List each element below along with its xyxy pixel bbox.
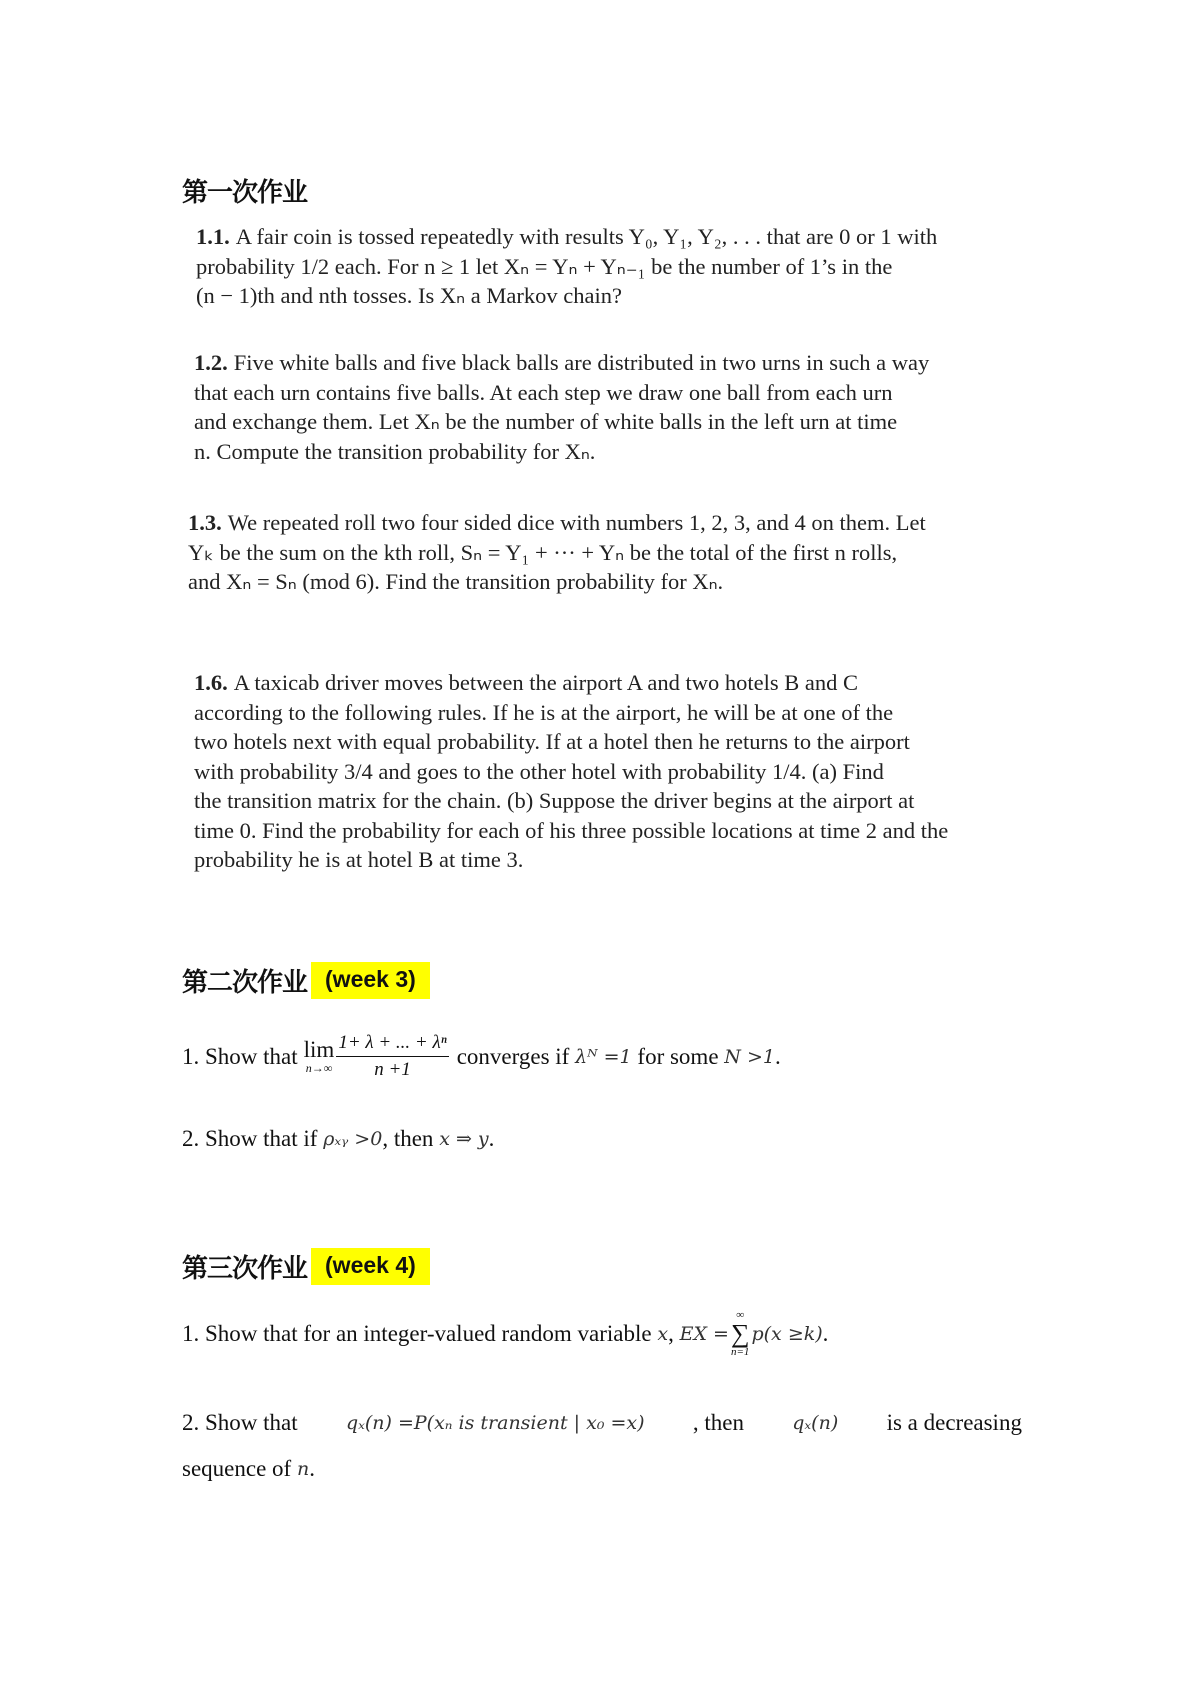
problem-line: time 0. Find the probability for each of…: [194, 818, 948, 843]
problem-line: A taxicab driver moves between the airpo…: [234, 670, 858, 695]
math-condition: ρₓᵧ >0: [323, 1128, 382, 1150]
problem-1-3: 1.3.We repeated roll two four sided dice…: [188, 508, 943, 597]
problem-line: probability 1/2 each. For n ≥ 1 let Xₙ =…: [196, 254, 892, 279]
homework3-title: 第三次作业 (week 4): [182, 1248, 430, 1285]
math-result: x ⇒ y: [439, 1128, 488, 1150]
period: .: [489, 1126, 495, 1152]
homework1-title: 第一次作业: [182, 172, 307, 209]
homework2-question-1: 1. Show that lim n→∞ 1+ λ + ... + λⁿ n +…: [182, 1032, 781, 1081]
question-text: for some: [637, 1044, 718, 1070]
question-text: 1. Show that for an integer-valued rando…: [182, 1321, 652, 1347]
problem-line: two hotels next with equal probability. …: [194, 729, 910, 754]
problem-line: the transition matrix for the chain. (b)…: [194, 788, 914, 813]
limit-expression: lim n→∞: [304, 1037, 335, 1076]
math-condition: N >1: [724, 1046, 775, 1068]
problem-line: Five white balls and five black balls ar…: [234, 350, 929, 375]
fraction-denominator: n +1: [374, 1057, 411, 1081]
problem-number: 1.6.: [194, 670, 228, 695]
lim-subscript: n→∞: [306, 1061, 333, 1076]
problem-line: We repeated roll two four sided dice wit…: [228, 510, 926, 535]
problem-line: A fair coin is tossed repeatedly with re…: [236, 224, 938, 249]
question-text: 1. Show that: [182, 1044, 298, 1070]
heading-text: 第三次作业: [182, 1248, 307, 1285]
question-text: converges if: [457, 1044, 570, 1070]
heading-text: 第二次作业: [182, 962, 307, 999]
problem-line: that each urn contains five balls. At ea…: [194, 380, 893, 405]
week-tag-highlight: (week 4): [311, 1248, 430, 1285]
question-text: , then: [382, 1126, 433, 1152]
problem-number: 1.1.: [196, 224, 230, 249]
math-expression: qₓ(n): [792, 1412, 838, 1434]
problem-1-2: 1.2.Five white balls and five black ball…: [194, 348, 949, 466]
problem-line: (n − 1)th and nth tosses. Is Xₙ a Markov…: [196, 283, 622, 308]
homework2-question-2: 2. Show that if ρₓᵧ >0 , then x ⇒ y .: [182, 1126, 494, 1152]
lim-label: lim: [304, 1037, 335, 1063]
problem-number: 1.3.: [188, 510, 222, 535]
problem-1-1: 1.1.A fair coin is tossed repeatedly wit…: [196, 222, 951, 311]
math-lhs: EX =: [680, 1323, 729, 1345]
homework2-title: 第二次作业 (week 3): [182, 962, 430, 999]
question-text: sequence of: [182, 1456, 291, 1482]
comma: ,: [668, 1321, 674, 1347]
period: .: [775, 1044, 781, 1070]
sum-lower-limit: n=1: [731, 1347, 749, 1358]
math-definition: qₓ(n) =P(xₙ is transient | x₀ =x): [346, 1412, 645, 1434]
summation: ∞ ∑ n=1: [731, 1310, 750, 1358]
period: .: [309, 1456, 315, 1482]
problem-line: and Xₙ = Sₙ (mod 6). Find the transition…: [188, 569, 723, 594]
homework3-question-2-continued: sequence of n .: [182, 1456, 315, 1482]
sigma-icon: ∑: [731, 1321, 750, 1347]
heading-text: 第一次作业: [182, 172, 307, 209]
question-text: is a decreasing: [887, 1410, 1022, 1436]
fraction: 1+ λ + ... + λⁿ n +1: [336, 1032, 448, 1081]
question-text: 2. Show that if: [182, 1126, 317, 1152]
problem-line: Yₖ be the sum on the kth roll, Sₙ = Y₁ +…: [188, 540, 897, 565]
math-rhs: p(x ≥k): [751, 1323, 822, 1345]
question-text: 2. Show that: [182, 1410, 298, 1436]
question-text: , then: [693, 1410, 744, 1436]
homework3-question-1: 1. Show that for an integer-valued rando…: [182, 1310, 828, 1358]
week-tag-highlight: (week 3): [311, 962, 430, 999]
period: .: [823, 1321, 829, 1347]
math-variable: x: [657, 1323, 668, 1345]
problem-1-6: 1.6.A taxicab driver moves between the a…: [194, 668, 949, 875]
problem-number: 1.2.: [194, 350, 228, 375]
problem-line: and exchange them. Let Xₙ be the number …: [194, 409, 897, 434]
problem-line: probability he is at hotel B at time 3.: [194, 847, 523, 872]
problem-line: n. Compute the transition probability fo…: [194, 439, 595, 464]
math-condition: λᴺ =1: [575, 1046, 632, 1068]
math-variable: n: [297, 1458, 309, 1480]
homework3-question-2: 2. Show that qₓ(n) =P(xₙ is transient | …: [182, 1410, 1022, 1436]
problem-line: according to the following rules. If he …: [194, 700, 893, 725]
problem-line: with probability 3/4 and goes to the oth…: [194, 759, 884, 784]
fraction-numerator: 1+ λ + ... + λⁿ: [336, 1032, 448, 1057]
